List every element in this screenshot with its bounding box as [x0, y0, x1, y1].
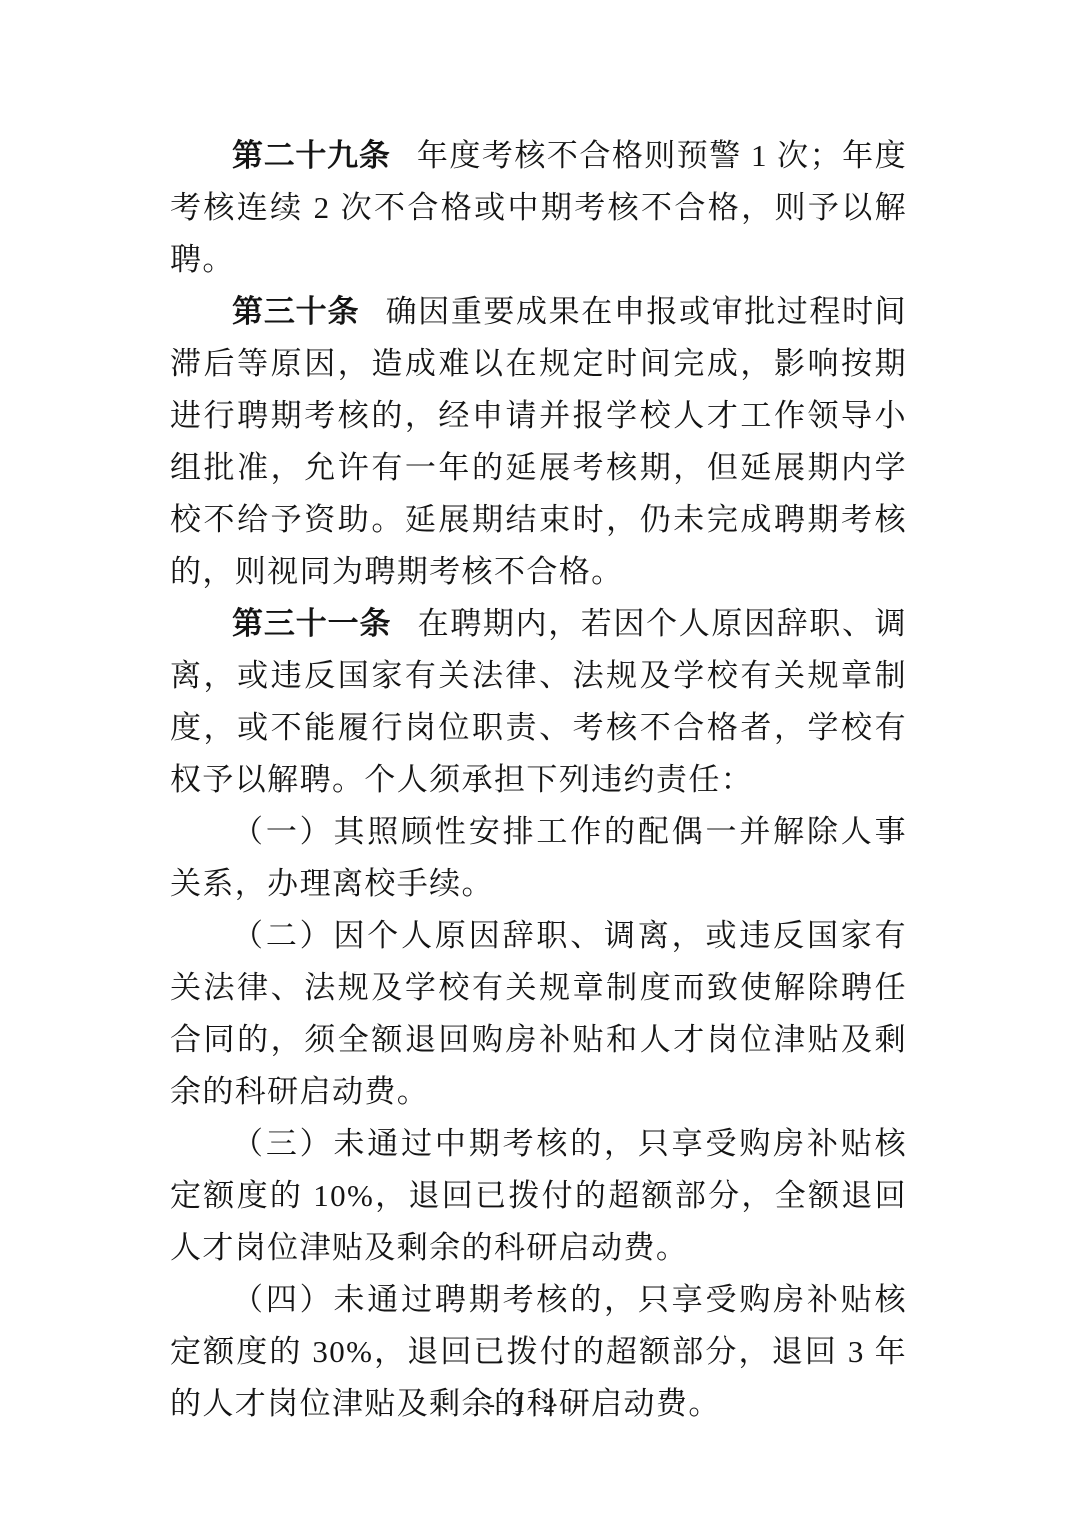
article-31-item-3-text: （三）未通过中期考核的，只享受购房补贴核定额度的 10%，退回已拨付的超额部分，… [170, 1126, 907, 1265]
document-body: 第二十九条年度考核不合格则预警 1 次；年度考核连续 2 次不合格或中期考核不合… [170, 130, 907, 1430]
article-31-item-2-text: （二）因个人原因辞职、调离，或违反国家有关法律、法规及学校有关规章制度而致使解除… [170, 918, 907, 1109]
article-31-number: 第三十一条 [232, 606, 391, 641]
article-31-paragraph: 第三十一条在聘期内，若因个人原因辞职、调离，或违反国家有关法律、法规及学校有关规… [170, 598, 907, 806]
article-31-item-1: （一）其照顾性安排工作的配偶一并解除人事关系，办理离校手续。 [170, 806, 907, 910]
page-number: - 1 2 - [0, 1392, 1074, 1419]
article-31-item-3: （三）未通过中期考核的，只享受购房补贴核定额度的 10%，退回已拨付的超额部分，… [170, 1118, 907, 1274]
article-31-item-2: （二）因个人原因辞职、调离，或违反国家有关法律、法规及学校有关规章制度而致使解除… [170, 910, 907, 1118]
article-30-paragraph: 第三十条确因重要成果在申报或审批过程时间滞后等原因，造成难以在规定时间完成，影响… [170, 286, 907, 598]
article-29-number: 第二十九条 [232, 138, 391, 173]
article-30-number: 第三十条 [232, 294, 359, 329]
article-30-text: 确因重要成果在申报或审批过程时间滞后等原因，造成难以在规定时间完成，影响按期进行… [170, 294, 907, 589]
article-29-paragraph: 第二十九条年度考核不合格则预警 1 次；年度考核连续 2 次不合格或中期考核不合… [170, 130, 907, 286]
article-31-item-1-text: （一）其照顾性安排工作的配偶一并解除人事关系，办理离校手续。 [170, 814, 907, 901]
document-page: 第二十九条年度考核不合格则预警 1 次；年度考核连续 2 次不合格或中期考核不合… [0, 0, 1074, 1520]
